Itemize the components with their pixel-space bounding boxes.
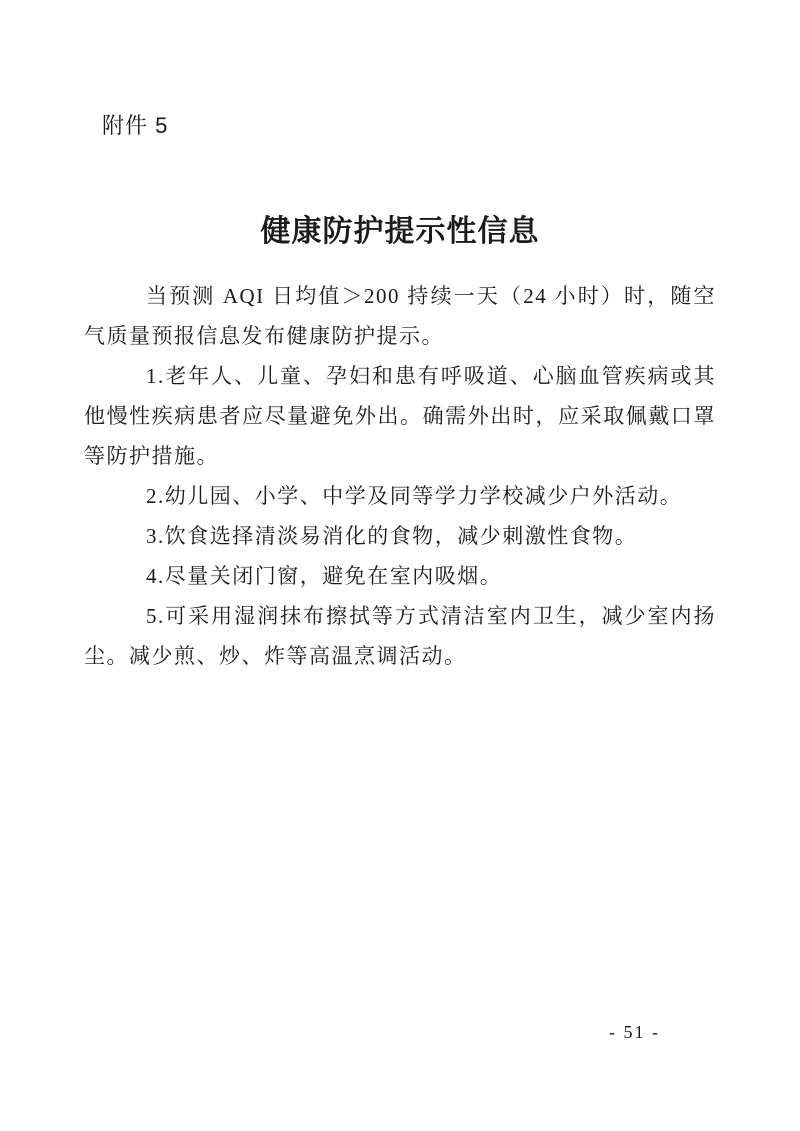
- paragraph-item-5: 5.可采用湿润抹布擦拭等方式清洁室内卫生，减少室内扬尘。减少煎、炒、炸等高温烹调…: [84, 596, 716, 676]
- paragraph-item-4: 4.尽量关闭门窗，避免在室内吸烟。: [84, 556, 716, 596]
- document-body: 当预测 AQI 日均值＞200 持续一天（24 小时）时，随空气质量预报信息发布…: [84, 276, 716, 676]
- paragraph-intro: 当预测 AQI 日均值＞200 持续一天（24 小时）时，随空气质量预报信息发布…: [84, 276, 716, 356]
- paragraph-item-3: 3.饮食选择清淡易消化的食物，减少刺激性食物。: [84, 516, 716, 556]
- document-page: 附件 5 健康防护提示性信息 当预测 AQI 日均值＞200 持续一天（24 小…: [0, 0, 800, 1131]
- document-title: 健康防护提示性信息: [0, 206, 800, 250]
- attachment-label: 附件 5: [102, 109, 168, 140]
- paragraph-item-1: 1.老年人、儿童、孕妇和患有呼吸道、心脑血管疾病或其他慢性疾病患者应尽量避免外出…: [84, 356, 716, 476]
- paragraph-item-2: 2.幼儿园、小学、中学及同等学力学校减少户外活动。: [84, 476, 716, 516]
- page-number: - 51 -: [609, 1022, 660, 1043]
